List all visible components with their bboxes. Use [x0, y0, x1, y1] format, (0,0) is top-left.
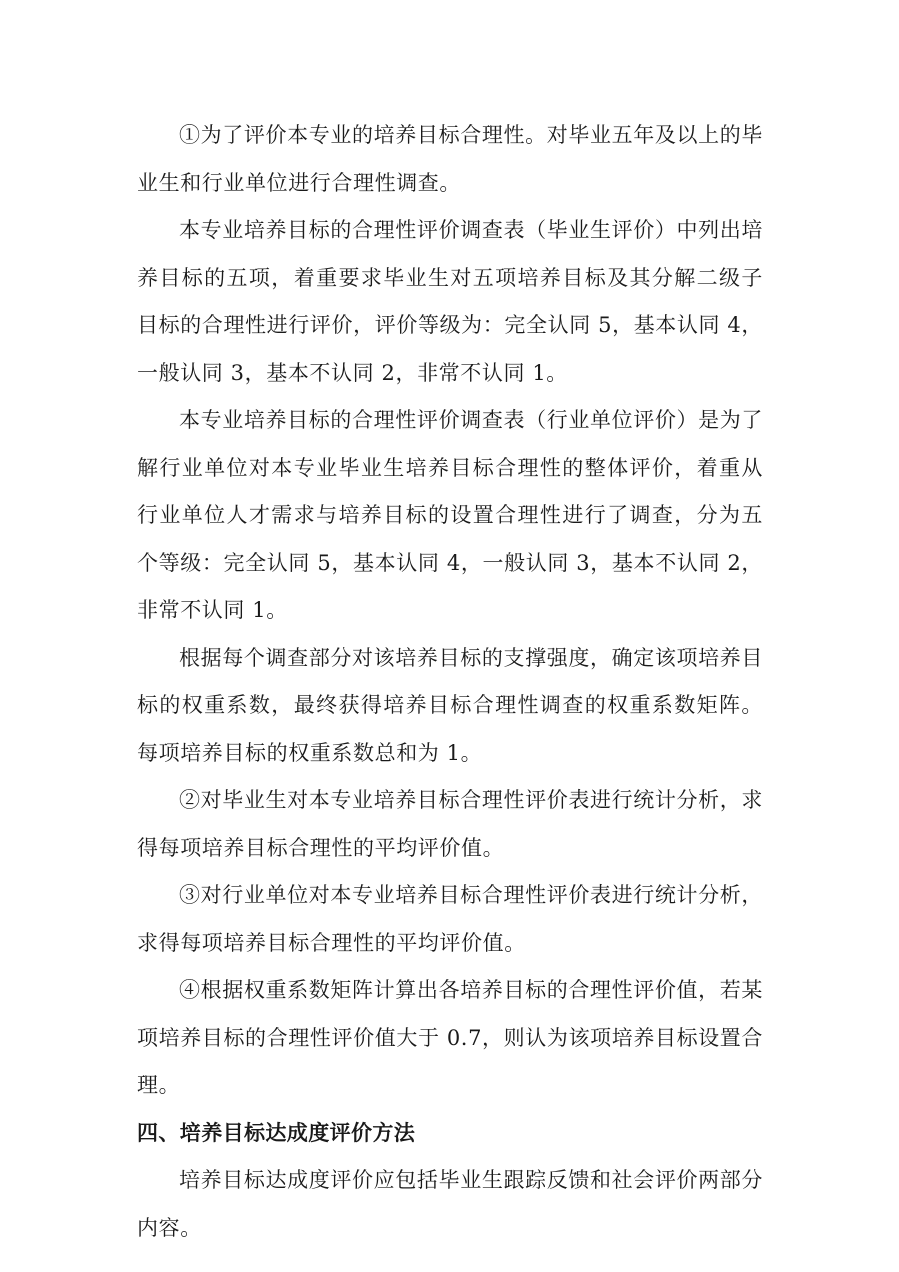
paragraph-weight-matrix: 根据每个调查部分对该培养目标的支撑强度，确定该项培养目标的权重系数，最终获得培养…	[137, 635, 763, 778]
paragraph-employer-analysis: ③对行业单位对本专业培养目标合理性评价表进行统计分析，求得每项培养目标合理性的平…	[137, 872, 763, 967]
paragraph-graduate-survey: 本专业培养目标的合理性评价调查表（毕业生评价）中列出培养目标的五项，着重要求毕业…	[137, 207, 763, 397]
paragraph-achievement-evaluation: 培养目标达成度评价应包括毕业生跟踪反馈和社会评价两部分内容。	[137, 1157, 763, 1252]
document-page: ①为了评价本专业的培养目标合理性。对毕业五年及以上的毕业生和行业单位进行合理性调…	[137, 112, 763, 1252]
section-heading: 四、培养目标达成度评价方法	[137, 1110, 763, 1158]
paragraph-graduate-analysis: ②对毕业生对本专业培养目标合理性评价表进行统计分析，求得每项培养目标合理性的平均…	[137, 777, 763, 872]
paragraph-employer-survey: 本专业培养目标的合理性评价调查表（行业单位评价）是为了解行业单位对本专业毕业生培…	[137, 397, 763, 635]
paragraph-reasonableness-threshold: ④根据权重系数矩阵计算出各培养目标的合理性评价值，若某项培养目标的合理性评价值大…	[137, 967, 763, 1110]
paragraph-evaluation-purpose: ①为了评价本专业的培养目标合理性。对毕业五年及以上的毕业生和行业单位进行合理性调…	[137, 112, 763, 207]
